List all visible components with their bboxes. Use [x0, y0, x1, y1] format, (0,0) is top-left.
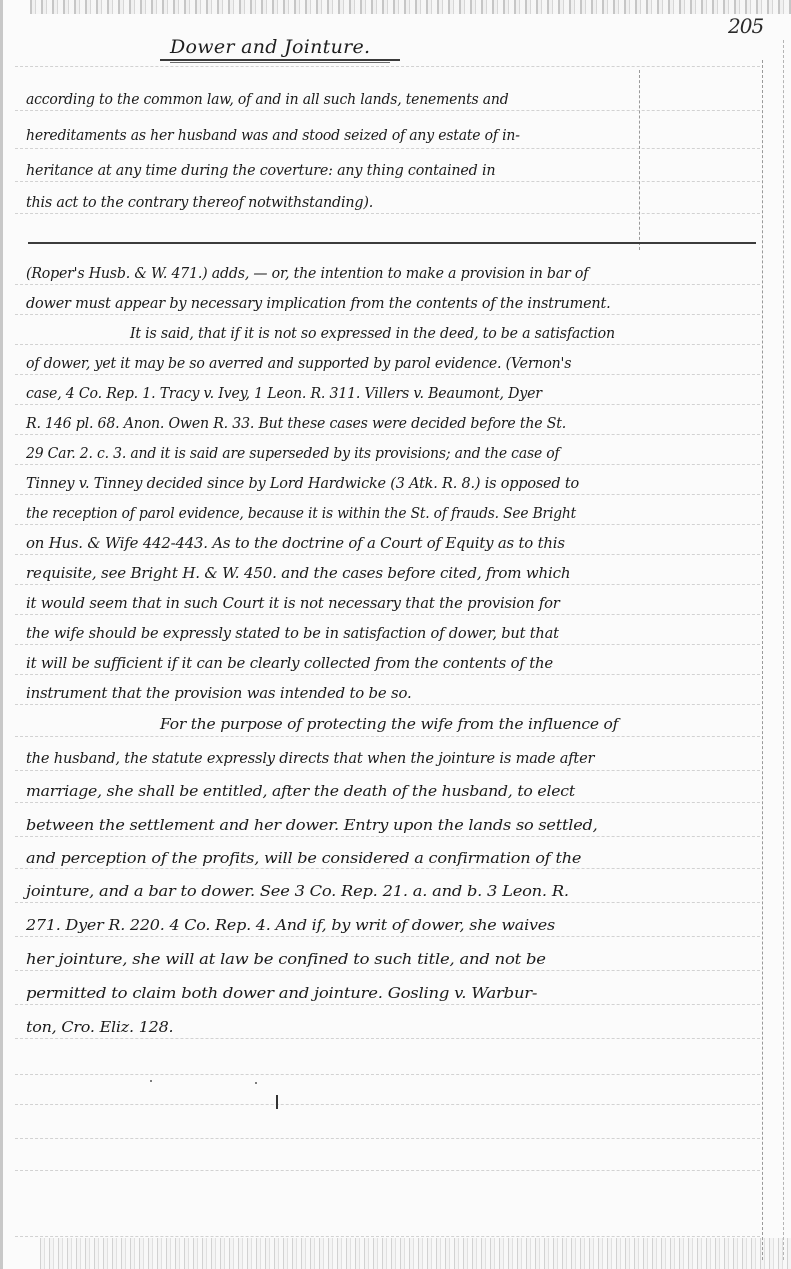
title-underline — [160, 59, 400, 61]
ruled-line — [15, 1138, 760, 1139]
ruled-line — [15, 181, 760, 182]
page-number: 205 — [728, 14, 763, 38]
ruled-line — [15, 494, 760, 495]
ruled-line — [15, 970, 760, 971]
ruled-line — [15, 1170, 760, 1171]
stray-mark — [255, 1082, 257, 1084]
text-line: 271. Dyer R. 220. 4 Co. Rep. 4. And if, … — [26, 916, 555, 934]
text-line: according to the common law, of and in a… — [26, 90, 508, 108]
ruled-line — [15, 66, 760, 67]
scan-bottom-noise — [40, 1238, 791, 1269]
ruled-line — [15, 434, 760, 435]
ruled-line — [15, 374, 760, 375]
ruled-line — [15, 1038, 760, 1039]
text-line: instrument that the provision was intend… — [26, 684, 412, 702]
text-line: the husband, the statute expressly direc… — [26, 749, 594, 767]
text-line: case, 4 Co. Rep. 1. Tracy v. Ivey, 1 Leo… — [26, 384, 542, 402]
ruled-line — [15, 704, 760, 705]
text-line: permitted to claim both dower and jointu… — [26, 984, 537, 1002]
ruled-line — [15, 464, 760, 465]
text-line: ton, Cro. Eliz. 128. — [26, 1018, 173, 1036]
ruled-line — [15, 736, 760, 737]
margin-rule-edge — [783, 40, 784, 1260]
section-separator — [28, 242, 756, 244]
text-line: on Hus. & Wife 442-443. As to the doctri… — [26, 534, 565, 552]
ruled-line — [15, 284, 760, 285]
ruled-line — [15, 404, 760, 405]
text-line: dower must appear by necessary implicati… — [26, 294, 611, 312]
ruled-line — [15, 868, 760, 869]
ruled-line — [15, 1236, 760, 1237]
ruled-line — [15, 1074, 760, 1075]
ruled-line — [15, 344, 760, 345]
text-line: For the purpose of protecting the wife f… — [160, 715, 618, 733]
title-underline-secondary — [170, 62, 390, 63]
text-line: hereditaments as her husband was and sto… — [26, 126, 520, 144]
ruled-line — [15, 902, 760, 903]
ruled-line — [15, 1004, 760, 1005]
ruled-line — [15, 213, 760, 214]
ruled-line — [15, 584, 760, 585]
pencil-mark — [276, 1095, 278, 1109]
text-line: marriage, she shall be entitled, after t… — [26, 782, 575, 800]
ruled-line — [15, 148, 760, 149]
ruled-line — [15, 110, 760, 111]
ruled-line — [15, 644, 760, 645]
text-line: her jointure, she will at law be confine… — [26, 950, 546, 968]
ruled-line — [15, 614, 760, 615]
ruled-line — [15, 674, 760, 675]
ruled-line — [15, 936, 760, 937]
text-line: jointure, and a bar to dower. See 3 Co. … — [26, 882, 569, 900]
scan-left-edge — [0, 0, 3, 1269]
text-line: and perception of the profits, will be c… — [26, 849, 581, 867]
text-line: this act to the contrary thereof notwith… — [26, 193, 373, 211]
margin-rule-outer — [762, 60, 763, 1260]
ruled-line — [15, 836, 760, 837]
scan-top-noise — [30, 0, 791, 14]
ruled-line — [15, 802, 760, 803]
text-line: the wife should be expressly stated to b… — [26, 624, 559, 642]
text-line: it would seem that in such Court it is n… — [26, 594, 560, 612]
text-line: requisite, see Bright H. & W. 450. and t… — [26, 564, 570, 582]
text-line: (Roper's Husb. & W. 471.) adds, — or, th… — [26, 264, 588, 282]
ruled-line — [15, 314, 760, 315]
text-line: it will be sufficient if it can be clear… — [26, 654, 553, 672]
text-line: of dower, yet it may be so averred and s… — [26, 354, 571, 372]
stray-mark — [150, 1080, 152, 1082]
page-title: Dower and Jointure. — [170, 36, 370, 58]
ruled-line — [15, 524, 760, 525]
ruled-line — [15, 554, 760, 555]
text-line: R. 146 pl. 68. Anon. Owen R. 33. But the… — [26, 414, 566, 432]
manuscript-page: 205 Dower and Jointure. according to the… — [0, 0, 791, 1269]
text-line: the reception of parol evidence, because… — [26, 504, 576, 522]
ruled-line — [15, 1104, 760, 1105]
margin-rule-inner — [639, 70, 640, 250]
ruled-line — [15, 770, 760, 771]
text-line: 29 Car. 2. c. 3. and it is said are supe… — [26, 444, 560, 462]
text-line: between the settlement and her dower. En… — [26, 816, 598, 834]
text-line: Tinney v. Tinney decided since by Lord H… — [26, 474, 579, 492]
text-line: It is said, that if it is not so express… — [130, 324, 615, 342]
text-line: heritance at any time during the covertu… — [26, 161, 495, 179]
